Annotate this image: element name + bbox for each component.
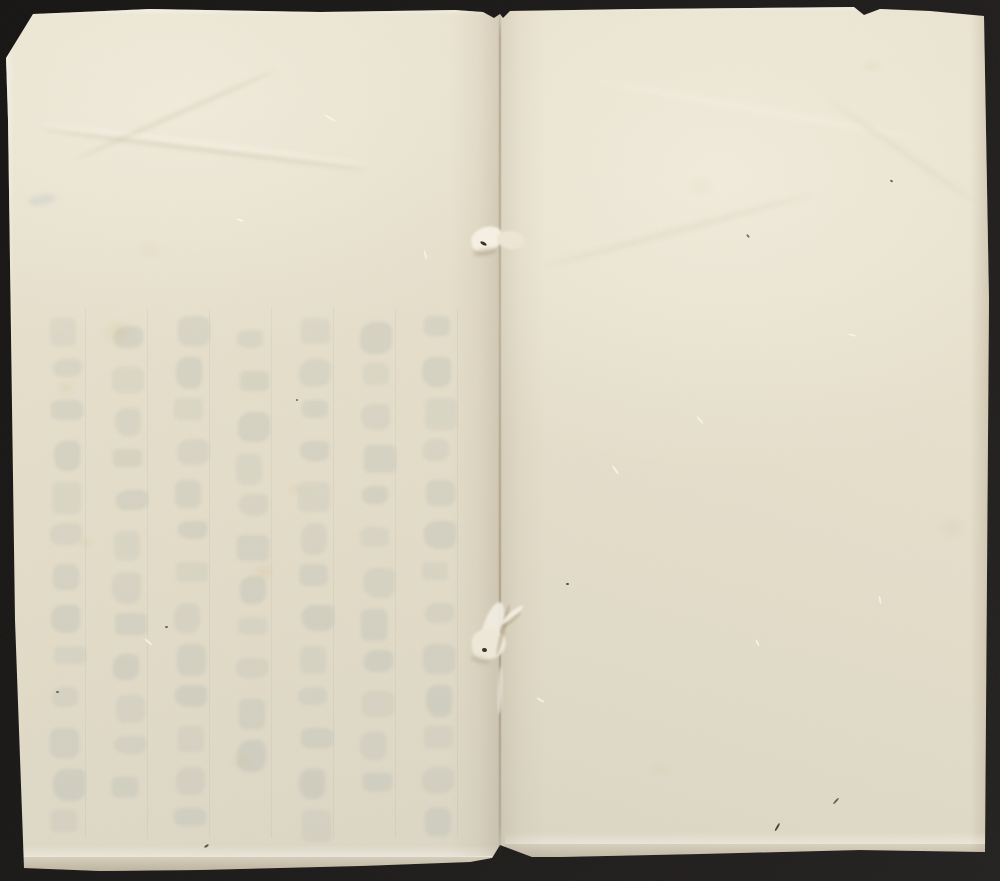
bleedthrough-glyph bbox=[175, 685, 207, 707]
light-fibre bbox=[755, 639, 760, 646]
bleedthrough-glyph bbox=[298, 687, 327, 705]
stain bbox=[72, 533, 100, 553]
stain bbox=[220, 750, 260, 774]
bleedthrough-glyph bbox=[422, 562, 448, 580]
dark-speck bbox=[746, 234, 750, 238]
bleedthrough-glyph bbox=[299, 564, 328, 586]
bleedthrough-glyph bbox=[115, 408, 141, 436]
bleedthrough-glyph bbox=[52, 687, 78, 707]
bleedthrough-column-rule bbox=[209, 308, 210, 838]
bleedthrough-glyph bbox=[53, 769, 85, 801]
bleedthrough-glyph bbox=[363, 773, 392, 791]
crease-shadow bbox=[544, 192, 815, 268]
stain bbox=[283, 479, 309, 499]
dark-speck bbox=[774, 822, 781, 831]
light-fibre bbox=[323, 114, 336, 123]
bleedthrough-glyph bbox=[239, 699, 265, 729]
stain bbox=[246, 558, 282, 586]
bleedthrough-glyph bbox=[113, 654, 139, 680]
bleedthrough-glyph bbox=[364, 650, 393, 672]
bleedthrough-column-rule bbox=[147, 308, 148, 838]
bleedthrough-glyph bbox=[176, 562, 208, 582]
ink-smudge bbox=[27, 193, 56, 208]
bleedthrough-glyph bbox=[52, 482, 81, 514]
bleedthrough-column-rule bbox=[395, 308, 396, 838]
crease-shadow bbox=[825, 97, 975, 204]
bleedthrough-glyph bbox=[51, 400, 83, 420]
bleedthrough-glyph bbox=[362, 486, 388, 504]
bleedthrough-glyph bbox=[237, 330, 263, 348]
light-fibre bbox=[144, 638, 152, 645]
stain bbox=[128, 234, 172, 266]
light-fibre bbox=[423, 250, 427, 259]
bleedthrough-glyph bbox=[54, 646, 86, 664]
bleedthrough-glyph bbox=[426, 685, 452, 717]
bleedthrough-glyph bbox=[301, 523, 327, 555]
bleedthrough-glyph bbox=[362, 691, 394, 717]
bleedthrough-glyph bbox=[361, 609, 387, 641]
bleedthrough-glyph bbox=[301, 728, 333, 748]
stain bbox=[678, 170, 722, 202]
bleedthrough-glyph bbox=[239, 494, 268, 516]
bleedthrough-glyph bbox=[50, 728, 79, 758]
light-fibre bbox=[236, 218, 244, 223]
bleedthrough-glyph bbox=[115, 613, 147, 635]
bleedthrough-glyph bbox=[175, 480, 201, 508]
bleedthrough-glyph bbox=[422, 767, 454, 793]
stain bbox=[50, 376, 82, 400]
bleedthrough-glyph bbox=[50, 318, 76, 346]
dark-speck bbox=[56, 691, 59, 693]
crease-shadow bbox=[41, 128, 369, 172]
bleedthrough-glyph bbox=[238, 617, 267, 635]
bleedthrough-glyph bbox=[360, 527, 389, 547]
dark-speck bbox=[296, 399, 298, 401]
bleedthrough-glyph bbox=[176, 357, 202, 389]
bleedthrough-glyph bbox=[363, 568, 395, 598]
dark-speck bbox=[889, 179, 893, 182]
bleedthrough-glyph bbox=[425, 603, 454, 623]
bleedthrough-glyph bbox=[178, 521, 207, 539]
light-fibre bbox=[848, 333, 856, 337]
bleedthrough-glyph bbox=[424, 726, 453, 748]
stain bbox=[642, 758, 678, 782]
stain bbox=[92, 312, 144, 352]
bleedthrough-glyph bbox=[360, 322, 392, 354]
bleedthrough-glyph bbox=[174, 808, 206, 826]
bleedthrough-column-rule bbox=[85, 308, 86, 838]
bleedthrough-glyph bbox=[112, 367, 144, 393]
dark-speck bbox=[833, 797, 840, 804]
binding-seam bbox=[499, 9, 501, 859]
bleedthrough-glyph bbox=[300, 646, 326, 674]
stain bbox=[930, 510, 974, 546]
dark-speck bbox=[566, 583, 569, 585]
bleedthrough-glyph bbox=[423, 439, 449, 461]
bleedthrough-glyph bbox=[174, 398, 203, 420]
bleedthrough-glyph bbox=[299, 769, 325, 799]
bleedthrough-glyph bbox=[54, 441, 80, 471]
bleedthrough-glyph bbox=[176, 767, 205, 795]
bleedthrough-glyph bbox=[302, 810, 331, 842]
book-photo bbox=[0, 0, 1000, 881]
bleedthrough-glyph bbox=[116, 695, 145, 723]
bleedthrough-glyph bbox=[360, 732, 386, 760]
light-fibre bbox=[611, 465, 619, 475]
bleedthrough-glyph bbox=[363, 363, 389, 385]
bleedthrough-glyph bbox=[302, 605, 334, 631]
bleedthrough-glyph bbox=[299, 359, 331, 387]
right-gutter-shadow bbox=[500, 8, 546, 856]
bleedthrough-glyph bbox=[178, 726, 204, 752]
bleedthrough-glyph bbox=[238, 412, 270, 442]
bleedthrough-glyph bbox=[178, 316, 210, 346]
bleedthrough-glyph bbox=[426, 480, 455, 506]
bleedthrough-glyph bbox=[51, 605, 80, 633]
crease-highlight bbox=[41, 122, 369, 166]
bleedthrough-glyph bbox=[177, 644, 206, 676]
bleedthrough-glyph bbox=[177, 439, 209, 465]
bleedthrough-glyph bbox=[174, 603, 200, 633]
bleedthrough-glyph bbox=[113, 449, 142, 467]
bleedthrough-glyph bbox=[116, 490, 148, 510]
bleedthrough-glyph bbox=[112, 777, 138, 797]
bleedthrough-glyph bbox=[302, 400, 328, 418]
bleedthrough-glyph bbox=[300, 441, 329, 461]
bleedthrough-glyph bbox=[53, 564, 79, 590]
bleedthrough-glyph bbox=[53, 359, 82, 377]
light-fibre bbox=[696, 416, 704, 425]
bleedthrough-glyph bbox=[361, 404, 390, 430]
bleedthrough-glyph bbox=[424, 316, 450, 336]
bleedthrough-glyph bbox=[424, 521, 456, 549]
bleedthrough-glyph bbox=[425, 808, 451, 836]
left-page-bottom-edge-highlight bbox=[18, 845, 498, 857]
bleedthrough-glyph bbox=[425, 398, 457, 430]
right-page-bottom-edge-highlight bbox=[505, 832, 985, 844]
bleedthrough-glyph bbox=[301, 318, 330, 344]
bleedthrough-glyph bbox=[114, 531, 140, 561]
bleedthrough-column-rule bbox=[333, 308, 334, 838]
dark-speck bbox=[165, 626, 168, 628]
bleedthrough-glyph bbox=[422, 357, 451, 387]
bleedthrough-glyph bbox=[423, 644, 455, 674]
bleedthrough-glyph bbox=[114, 736, 146, 754]
stain bbox=[856, 54, 888, 78]
bleedthrough-glyph bbox=[51, 810, 77, 832]
bleedthrough-glyph bbox=[236, 658, 268, 678]
light-fibre bbox=[878, 596, 881, 604]
bleedthrough-glyph bbox=[364, 445, 396, 473]
bleedthrough-glyph bbox=[236, 453, 262, 485]
bleedthrough-glyph bbox=[112, 572, 141, 604]
bleedthrough-glyph bbox=[240, 371, 269, 391]
bleedthrough-column-rule bbox=[457, 308, 458, 838]
